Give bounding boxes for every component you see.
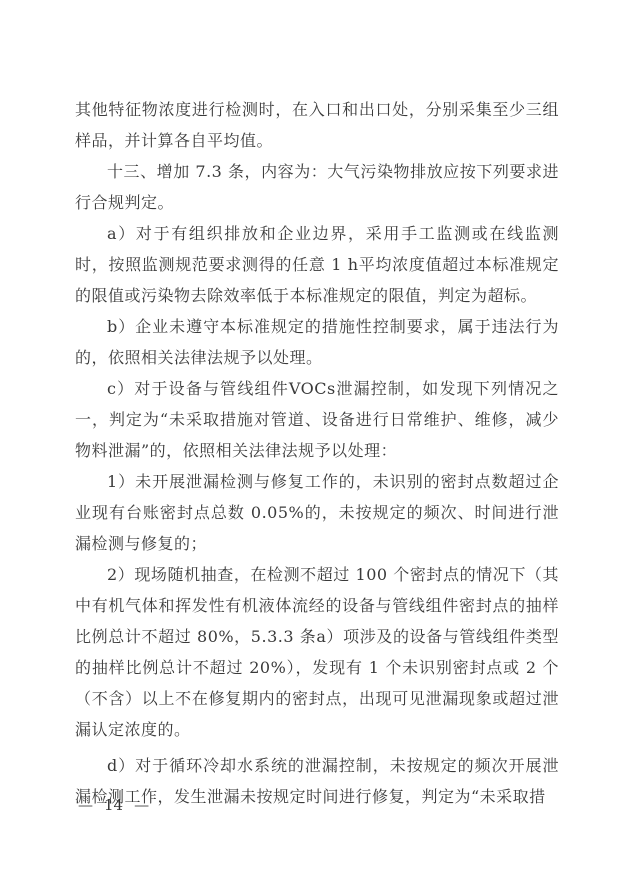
page-number: 14 <box>104 796 123 814</box>
paragraph-item-c: c）对于设备与管线组件VOCs泄漏控制，如发现下列情况之一，判定为“未采取措施对… <box>75 373 559 466</box>
paragraph-item-13: 十三、增加 7.3 条，内容为：大气污染物排放应按下列要求进行合规判定。 <box>75 156 559 218</box>
page-footer: —14— <box>78 796 149 814</box>
footer-right-dash: — <box>134 796 149 814</box>
paragraph-continuation: 其他特征物浓度进行检测时，在入口和出口处，分别采集至少三组样品，并计算各自平均值… <box>75 94 559 156</box>
paragraph-item-c-1: 1）未开展泄漏检测与修复工作的，未识别的密封点数超过企业现有台账密封点总数 0.… <box>75 466 559 559</box>
footer-left-dash: — <box>78 796 93 814</box>
document-page: 其他特征物浓度进行检测时，在入口和出口处，分别采集至少三组样品，并计算各自平均值… <box>0 0 630 872</box>
paragraph-item-a: a）对于有组织排放和企业边界，采用手工监测或在线监测时，按照监测规范要求测得的任… <box>75 218 559 311</box>
document-body: 其他特征物浓度进行检测时，在入口和出口处，分别采集至少三组样品，并计算各自平均值… <box>75 94 559 812</box>
paragraph-item-c-2: 2）现场随机抽查，在检测不超过 100 个密封点的情况下（其中有机气体和挥发性有… <box>75 559 559 745</box>
paragraph-item-b: b）企业未遵守本标准规定的措施性控制要求，属于违法行为的，依照相关法律法规予以处… <box>75 311 559 373</box>
